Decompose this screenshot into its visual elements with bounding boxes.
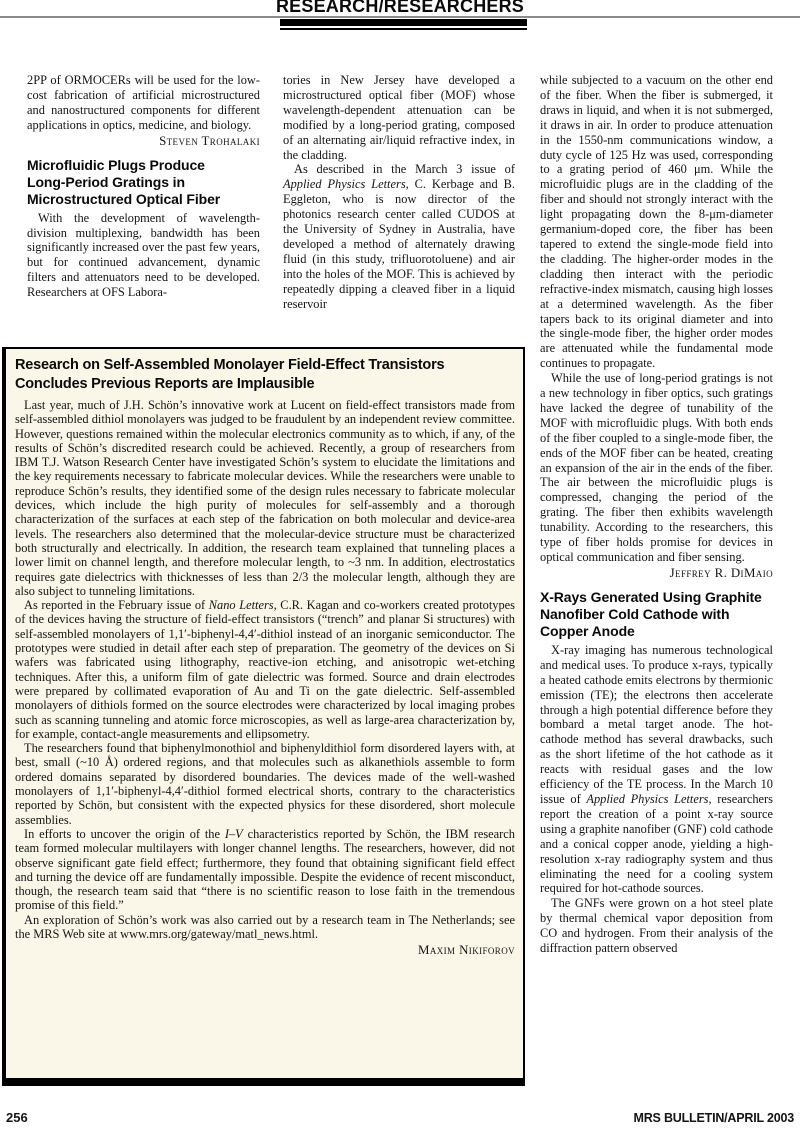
page-number: 256: [6, 1110, 28, 1125]
highlight-box-schon-report: Research on Self-Assembled Monolayer Fie…: [2, 347, 525, 1086]
box-heading: Research on Self-Assembled Monolayer Fie…: [15, 356, 515, 394]
box-paragraph: As reported in the February issue of Nan…: [15, 598, 515, 741]
page: RESEARCH/RESEARCHERS 2PP of ORMOCERs wil…: [0, 0, 800, 1129]
article-paragraph: X-ray imaging has numerous technological…: [540, 643, 773, 896]
article-heading-microfluidic-plugs: Microfluidic Plugs ProduceLong-Period Gr…: [27, 157, 260, 208]
section-title: RESEARCH/RESEARCHERS: [0, 0, 800, 15]
column-right: while subjected to a vacuum on the other…: [540, 73, 773, 956]
header-thin-rule: [280, 28, 527, 30]
column-left: 2PP of ORMOCERs will be used for the low…: [27, 73, 260, 300]
article-heading-xrays-graphite-nanofiber: X-Rays Generated Using GraphiteNanofiber…: [540, 589, 773, 640]
article-paragraph: With the development of wavelength-divis…: [27, 211, 260, 300]
byline-steven-trohalaki: Steven Trohalaki: [27, 134, 260, 149]
article-paragraph: The GNFs were grown on a hot steel plate…: [540, 896, 773, 956]
byline-jeffrey-r-dimaio: Jeffrey R. DiMaio: [540, 566, 773, 581]
box-paragraph: Last year, much of J.H. Schön’s innovati…: [15, 398, 515, 598]
box-paragraph: An exploration of Schön’s work was also …: [15, 913, 515, 942]
journal-title: MRS BULLETIN/APRIL 2003: [634, 1111, 794, 1125]
article-paragraph: As described in the March 3 issue of App…: [283, 162, 515, 311]
box-paragraph: The researchers found that biphenylmonot…: [15, 741, 515, 827]
article-paragraph: While the use of long-period gratings is…: [540, 371, 773, 565]
column-middle: tories in New Jersey have developed a mi…: [283, 73, 515, 312]
header-black-bar: [280, 19, 527, 26]
header-gray-rule: [0, 16, 800, 18]
article-paragraph: tories in New Jersey have developed a mi…: [283, 73, 515, 162]
box-paragraph: In efforts to uncover the origin of the …: [15, 827, 515, 913]
article-paragraph: while subjected to a vacuum on the other…: [540, 73, 773, 371]
byline-maxim-nikiforov: Maxim Nikiforov: [15, 943, 515, 958]
article-paragraph: 2PP of ORMOCERs will be used for the low…: [27, 73, 260, 133]
